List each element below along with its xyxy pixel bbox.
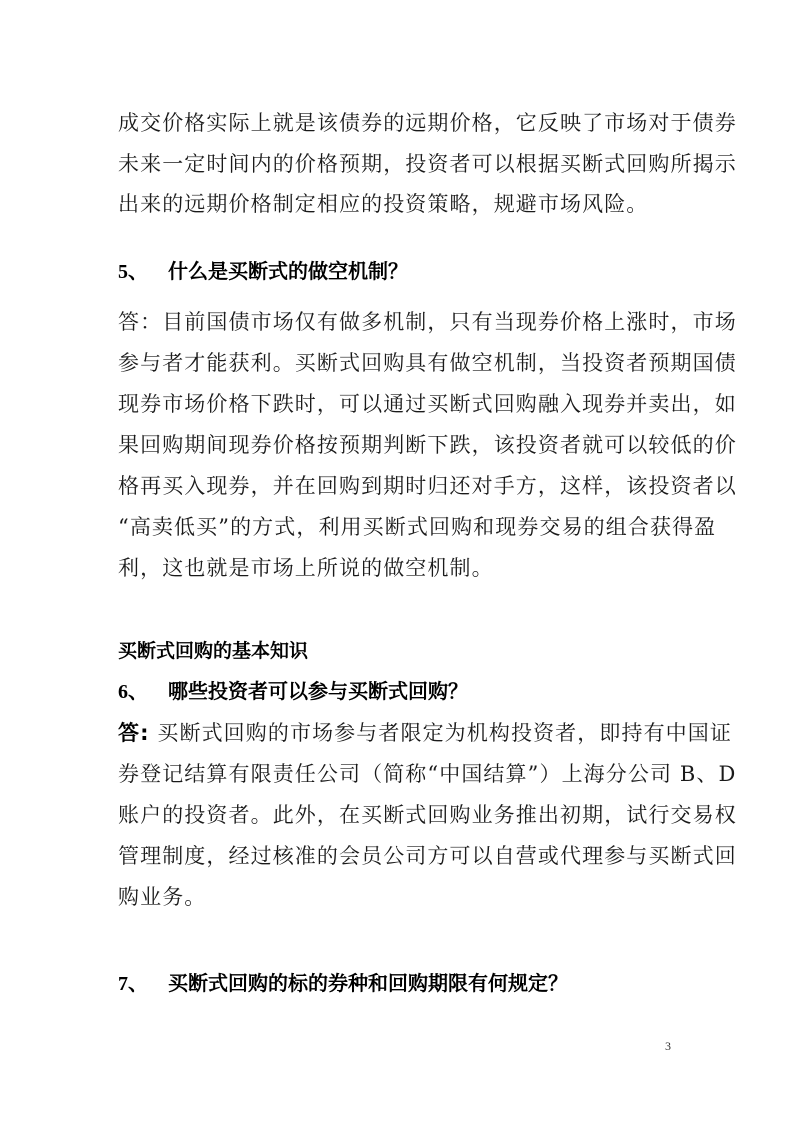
- section-title: 买断式回购的基本知识: [118, 639, 308, 663]
- question-text: 买断式回购的标的券种和回购期限有何规定？: [168, 971, 568, 995]
- answer-line: 利，这也就是市场上所说的做空机制。: [118, 556, 678, 580]
- answer-line: 果回购期间现券价格按预期判断下跌，该投资者就可以较低的价: [118, 433, 678, 457]
- page-number: 3: [665, 1039, 671, 1054]
- answer-text: 买断式回购的市场参与者限定为机构投资者，即持有中国证: [150, 721, 732, 745]
- question-heading-5: 5、什么是买断式的做空机制？: [118, 259, 408, 284]
- answer-line: 管理制度，经过核准的会员公司方可以自营或代理参与买断式回: [118, 844, 678, 868]
- paragraph-line: 成交价格实际上就是该债券的远期价格，它反映了市场对于债券: [118, 111, 678, 135]
- answer-line: 参与者才能获利。买断式回购具有做空机制，当投资者预期国债: [118, 351, 678, 375]
- paragraph-line: 未来一定时间内的价格预期，投资者可以根据买断式回购所揭示: [118, 152, 678, 176]
- answer-line: 答：目前国债市场仅有做多机制，只有当现券价格上涨时，市场: [118, 310, 678, 334]
- answer-line: “高卖低买”的方式，利用买断式回购和现券交易的组合获得盈: [118, 515, 678, 539]
- paragraph-line: 出来的远期价格制定相应的投资策略，规避市场风险。: [118, 192, 678, 216]
- question-number: 5、: [118, 260, 168, 284]
- answer-line: 答: 买断式回购的市场参与者限定为机构投资者，即持有中国证: [118, 721, 678, 745]
- document-page: 成交价格实际上就是该债券的远期价格，它反映了市场对于债券 未来一定时间内的价格预…: [0, 0, 792, 1121]
- answer-line: 账户的投资者。此外，在买断式回购业务推出初期，试行交易权: [118, 803, 678, 827]
- answer-label: 答:: [118, 721, 150, 745]
- answer-line: 格再买入现券，并在回购到期时归还对手方，这样，该投资者以: [118, 474, 678, 498]
- question-text: 什么是买断式的做空机制？: [168, 259, 408, 283]
- question-number: 6、: [118, 680, 168, 704]
- question-text: 哪些投资者可以参与买断式回购？: [168, 679, 468, 703]
- answer-line: 现券市场价格下跌时，可以通过买断式回购融入现券并卖出，如: [118, 392, 678, 416]
- answer-line: 购业务。: [118, 885, 678, 909]
- question-heading-6: 6、哪些投资者可以参与买断式回购？: [118, 679, 468, 704]
- question-number: 7、: [118, 972, 168, 996]
- question-heading-7: 7、买断式回购的标的券种和回购期限有何规定？: [118, 971, 568, 996]
- answer-line: 券登记结算有限责任公司（简称“中国结算”）上海分公司 B、D: [118, 762, 678, 786]
